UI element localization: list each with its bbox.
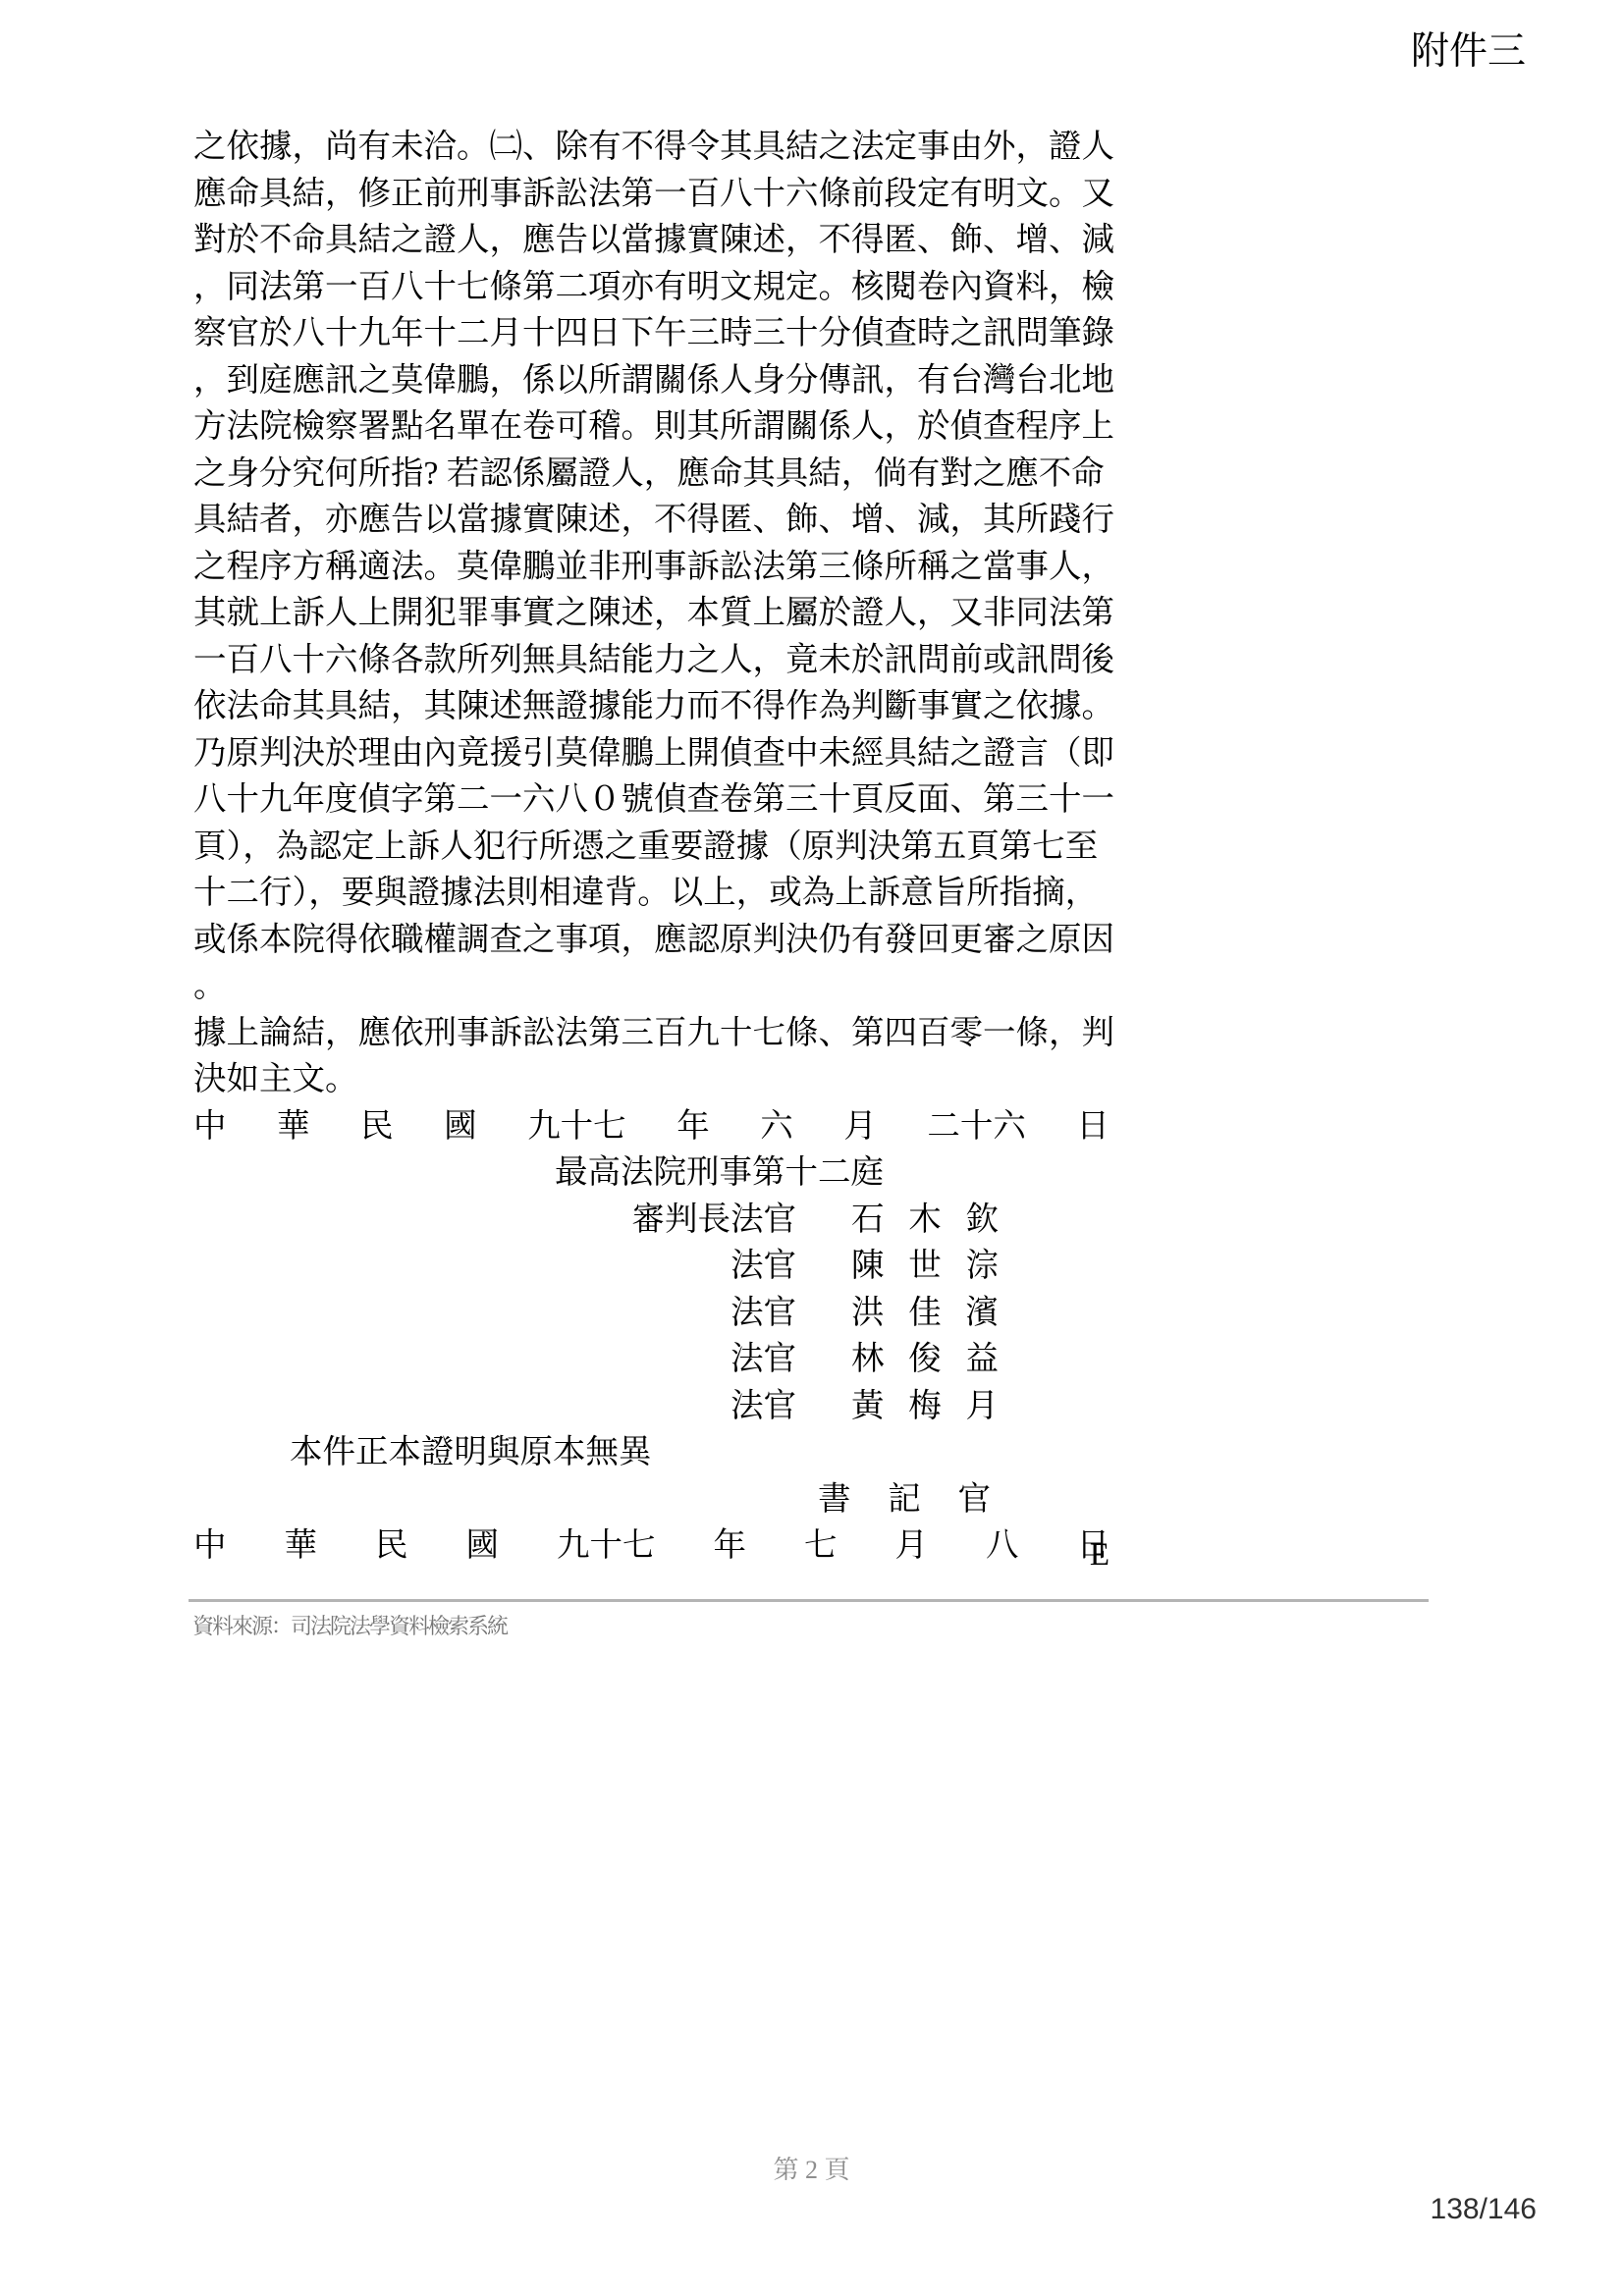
judge-title: 法官 — [730, 1336, 796, 1383]
judgment-date-line: 中華民國九十七年六月二十六日 — [193, 1103, 1109, 1150]
judge-name-char: 欽 — [966, 1197, 1000, 1244]
judge-name-char: 黃 — [851, 1383, 885, 1430]
body-line: ，同法第一百八十七條第二項亦有明文規定。核閱卷內資料，檢 — [193, 264, 1116, 311]
judge-name: 黃梅月 — [851, 1383, 999, 1430]
attachment-label: 附件三 — [1411, 29, 1526, 75]
source-line: 資料來源：司法院法學資料檢索系統 — [192, 1610, 507, 1640]
judge-title: 法官 — [730, 1290, 796, 1337]
judge-name-char: 月 — [966, 1383, 1000, 1430]
body-line: 。 — [193, 963, 1116, 1010]
date-segment: 日 — [1076, 1103, 1109, 1150]
footer-divider — [189, 1599, 1429, 1602]
date-segment: 二十六 — [927, 1103, 1026, 1150]
date-segment: 華 — [277, 1103, 310, 1150]
body-line: 方法院檢察署點名單在卷可稽。則其所謂關係人，於偵查程序上 — [193, 403, 1116, 451]
judge-title: 法官 — [730, 1383, 796, 1430]
body-line: 依法命其具結，其陳述無證據能力而不得作為判斷事實之依據。 — [193, 683, 1116, 730]
body-paragraphs: 之依據，尚有未洽。㈡、除有不得令其具結之法定事由外，證人應命具結，修正前刑事訴訟… — [193, 124, 1116, 1103]
judge-signature-block: 審判長法官石木欽法官陳世淙法官洪佳濱法官林俊益法官黃梅月 — [193, 1197, 1116, 1430]
judge-name-char: 俊 — [908, 1336, 942, 1383]
date-segment: 年 — [676, 1103, 710, 1150]
judge-name: 洪佳濱 — [851, 1290, 999, 1337]
judge-name-char: 木 — [908, 1197, 942, 1244]
body-line: 之程序方稱適法。莫偉鵬並非刑事訴訟法第三條所稱之當事人， — [193, 544, 1116, 591]
judge-name-char: 洪 — [851, 1290, 885, 1337]
body-line: 其就上訴人上開犯罪事實之陳述，本質上屬於證人，又非同法第 — [193, 590, 1116, 637]
body-line: 據上論結，應依刑事訴訟法第三百九十七條、第四百零一條，判 — [193, 1010, 1116, 1057]
body-line: 具結者，亦應告以當據實陳述，不得匿、飾、增、減，其所踐行 — [193, 497, 1116, 544]
court-division-line: 最高法院刑事第十二庭 — [193, 1149, 1116, 1197]
clerk-row: 書記官 — [193, 1476, 991, 1523]
body-line: 八十九年度偵字第二一六八０號偵查卷第三十頁反面、第三十一 — [193, 776, 1116, 824]
judge-name-char: 淙 — [966, 1243, 1000, 1290]
body-line: 察官於八十九年十二月十四日下午三時三十分偵查時之訊問筆錄 — [193, 310, 1116, 357]
body-line: 十二行），要與證據法則相違背。以上，或為上訴意旨所指摘， — [193, 870, 1116, 917]
clerk-label-char: 書 — [818, 1476, 851, 1523]
body-line: 之依據，尚有未洽。㈡、除有不得令其具結之法定事由外，證人 — [193, 124, 1116, 171]
document-page: 附件三 之依據，尚有未洽。㈡、除有不得令其具結之法定事由外，證人應命具結，修正前… — [0, 0, 1623, 2296]
body-line: 或係本院得依職權調查之事項，應認原判決仍有發回更審之原因 — [193, 917, 1116, 964]
judge-name-char: 梅 — [908, 1383, 942, 1430]
judge-row: 法官林俊益 — [193, 1336, 999, 1383]
judge-title: 法官 — [730, 1243, 796, 1290]
date-segment: 國 — [444, 1103, 477, 1150]
date-segment: 月 — [843, 1103, 877, 1150]
body-line: 決如主文。 — [193, 1056, 1116, 1103]
body-line: ，到庭應訊之莫偉鵬，係以所謂關係人身分傳訊，有台灣台北地 — [193, 357, 1116, 404]
judge-row: 法官洪佳濱 — [193, 1290, 999, 1337]
doc-page-number: 138/146 — [1431, 2193, 1537, 2226]
judgment-text-block: 之依據，尚有未洽。㈡、除有不得令其具結之法定事由外，證人應命具結，修正前刑事訴訟… — [193, 124, 1116, 1570]
date-segment: 九十七 — [527, 1103, 626, 1150]
date-segment: 六 — [760, 1103, 793, 1150]
page-footer-label: 第 2 頁 — [0, 2150, 1623, 2186]
judge-name-char: 陳 — [851, 1243, 885, 1290]
judge-name: 陳世淙 — [851, 1243, 999, 1290]
date-segment: 中 — [193, 1103, 227, 1150]
judge-name-char: 林 — [851, 1336, 885, 1383]
body-line: 乃原判決於理由內竟援引莫偉鵬上開偵查中未經具結之證言（即 — [193, 730, 1116, 777]
judge-name-char: 世 — [908, 1243, 942, 1290]
clerk-label-char: 官 — [958, 1476, 992, 1523]
judge-name-char: 石 — [851, 1197, 885, 1244]
clerk-label: 書記官 — [818, 1476, 991, 1523]
body-line: 頁），為認定上訴人犯行所憑之重要證據（原判決第五頁第七至 — [193, 824, 1116, 871]
judge-name: 石木欽 — [851, 1197, 999, 1244]
body-line: 對於不命具結之證人，應告以當據實陳述，不得匿、飾、增、減 — [193, 217, 1116, 264]
clerk-label-char: 記 — [888, 1476, 921, 1523]
body-line: 一百八十六條各款所列無具結能力之人，竟未於訊問前或訊問後 — [193, 637, 1116, 684]
judge-name: 林俊益 — [851, 1336, 999, 1383]
body-line: 應命具結，修正前刑事訴訟法第一百八十六條前段定有明文。又 — [193, 171, 1116, 218]
judge-name-char: 濱 — [966, 1290, 1000, 1337]
judge-row: 法官黃梅月 — [193, 1383, 999, 1430]
judge-name-char: 益 — [966, 1336, 1000, 1383]
body-line: 之身分究何所指? 若認係屬證人，應命其具結，倘有對之應不命 — [193, 451, 1116, 498]
certification-line: 本件正本證明與原本無異 — [193, 1429, 1116, 1476]
judge-name-char: 佳 — [908, 1290, 942, 1337]
e-mark: E — [193, 1537, 1109, 1573]
judge-row: 審判長法官石木欽 — [193, 1197, 999, 1244]
date-segment: 民 — [360, 1103, 394, 1150]
judge-row: 法官陳世淙 — [193, 1243, 999, 1290]
judge-title: 審判長法官 — [632, 1197, 797, 1244]
